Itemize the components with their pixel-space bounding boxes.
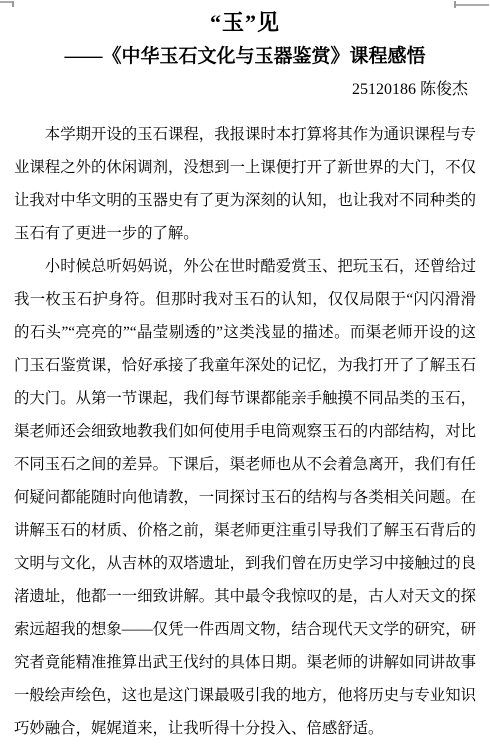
body-paragraph: 本学期开设的玉石课程，我报课时本打算将其作为通识课程与专业课程之外的休闲调剂，没… (14, 118, 476, 250)
author-line: 25120186 陈俊杰 (14, 74, 476, 106)
document-body: 本学期开设的玉石课程，我报课时本打算将其作为通识课程与专业课程之外的休闲调剂，没… (14, 118, 476, 745)
body-paragraph: 小时候总听妈妈说，外公在世时酷爱赏玉、把玩玉石，还曾给过我一枚玉石护身符。但那时… (14, 250, 476, 745)
text-boundary-mark-top-left (0, 1, 13, 8)
document-page: “玉”见 ——《中华玉石文化与玉器鉴赏》课程感悟 25120186 陈俊杰 本学… (0, 0, 490, 749)
document-subtitle: ——《中华玉石文化与玉器鉴赏》课程感悟 (14, 40, 476, 74)
text-boundary-mark-top-right (455, 4, 489, 11)
document-title: “玉”见 (14, 6, 476, 40)
